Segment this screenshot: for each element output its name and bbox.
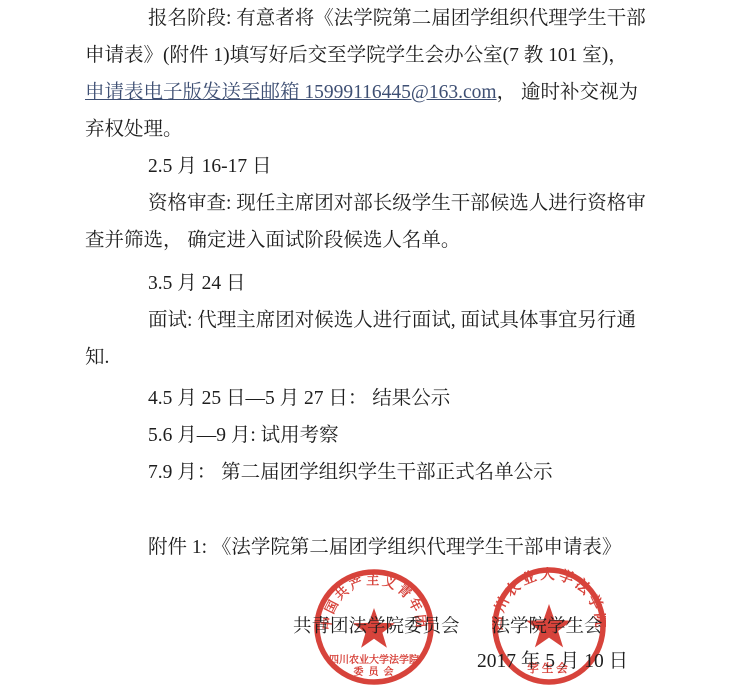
signature-line: 共青团法学院委员会法学院学生会: [293, 612, 603, 638]
document-line: 5.6 月—9 月: 试用考察: [85, 417, 660, 454]
document-line: 资格审查: 现任主席团对部长级学生干部候选人进行资格审: [85, 185, 660, 222]
document-body: 报名阶段: 有意者将《法学院第二届团学组织代理学生干部 申请表》(附件 1)填写…: [85, 0, 660, 566]
document-page: 报名阶段: 有意者将《法学院第二届团学组织代理学生干部 申请表》(附件 1)填写…: [0, 0, 730, 689]
document-line: 附件 1: 《法学院第二届团学组织代理学生干部申请表》: [85, 529, 660, 566]
document-line-tail: ， 逾时补交视为: [497, 82, 638, 103]
document-line: 申请表电子版发送至邮箱 15999116445@163.com， 逾时补交视为: [85, 74, 660, 111]
document-line: 4.5 月 25 日—5 月 27 日： 结果公示: [85, 380, 660, 417]
document-line: 查并筛选， 确定进入面试阶段候选人名单。: [85, 222, 660, 259]
document-line: 3.5 月 24 日: [85, 265, 660, 302]
document-line: 面试: 代理主席团对候选人进行面试, 面试具体事宜另行通: [85, 302, 660, 339]
seal-committee-text: 委员会: [354, 665, 399, 678]
signature-committee: 共青团法学院委员会: [293, 617, 460, 637]
date-line: 2017 年 5 月 10 日: [477, 645, 628, 673]
document-line: 申请表》(附件 1)填写好后交至学院学生会办公室(7 教 101 室)，: [85, 37, 660, 74]
document-line: 弃权处理。: [85, 111, 660, 148]
document-line: 报名阶段: 有意者将《法学院第二届团学组织代理学生干部: [85, 0, 660, 37]
document-line: 知.: [85, 339, 660, 376]
seal-org-text: 四川农业大学法学院: [329, 653, 419, 666]
email-link[interactable]: 申请表电子版发送至邮箱 15999116445@163.com: [85, 82, 497, 103]
document-line: 2.5 月 16-17 日: [85, 148, 660, 185]
document-line: 7.9 月： 第二届团学组织学生干部正式名单公示: [85, 454, 660, 491]
signature-student-union: 法学院学生会: [492, 617, 603, 637]
